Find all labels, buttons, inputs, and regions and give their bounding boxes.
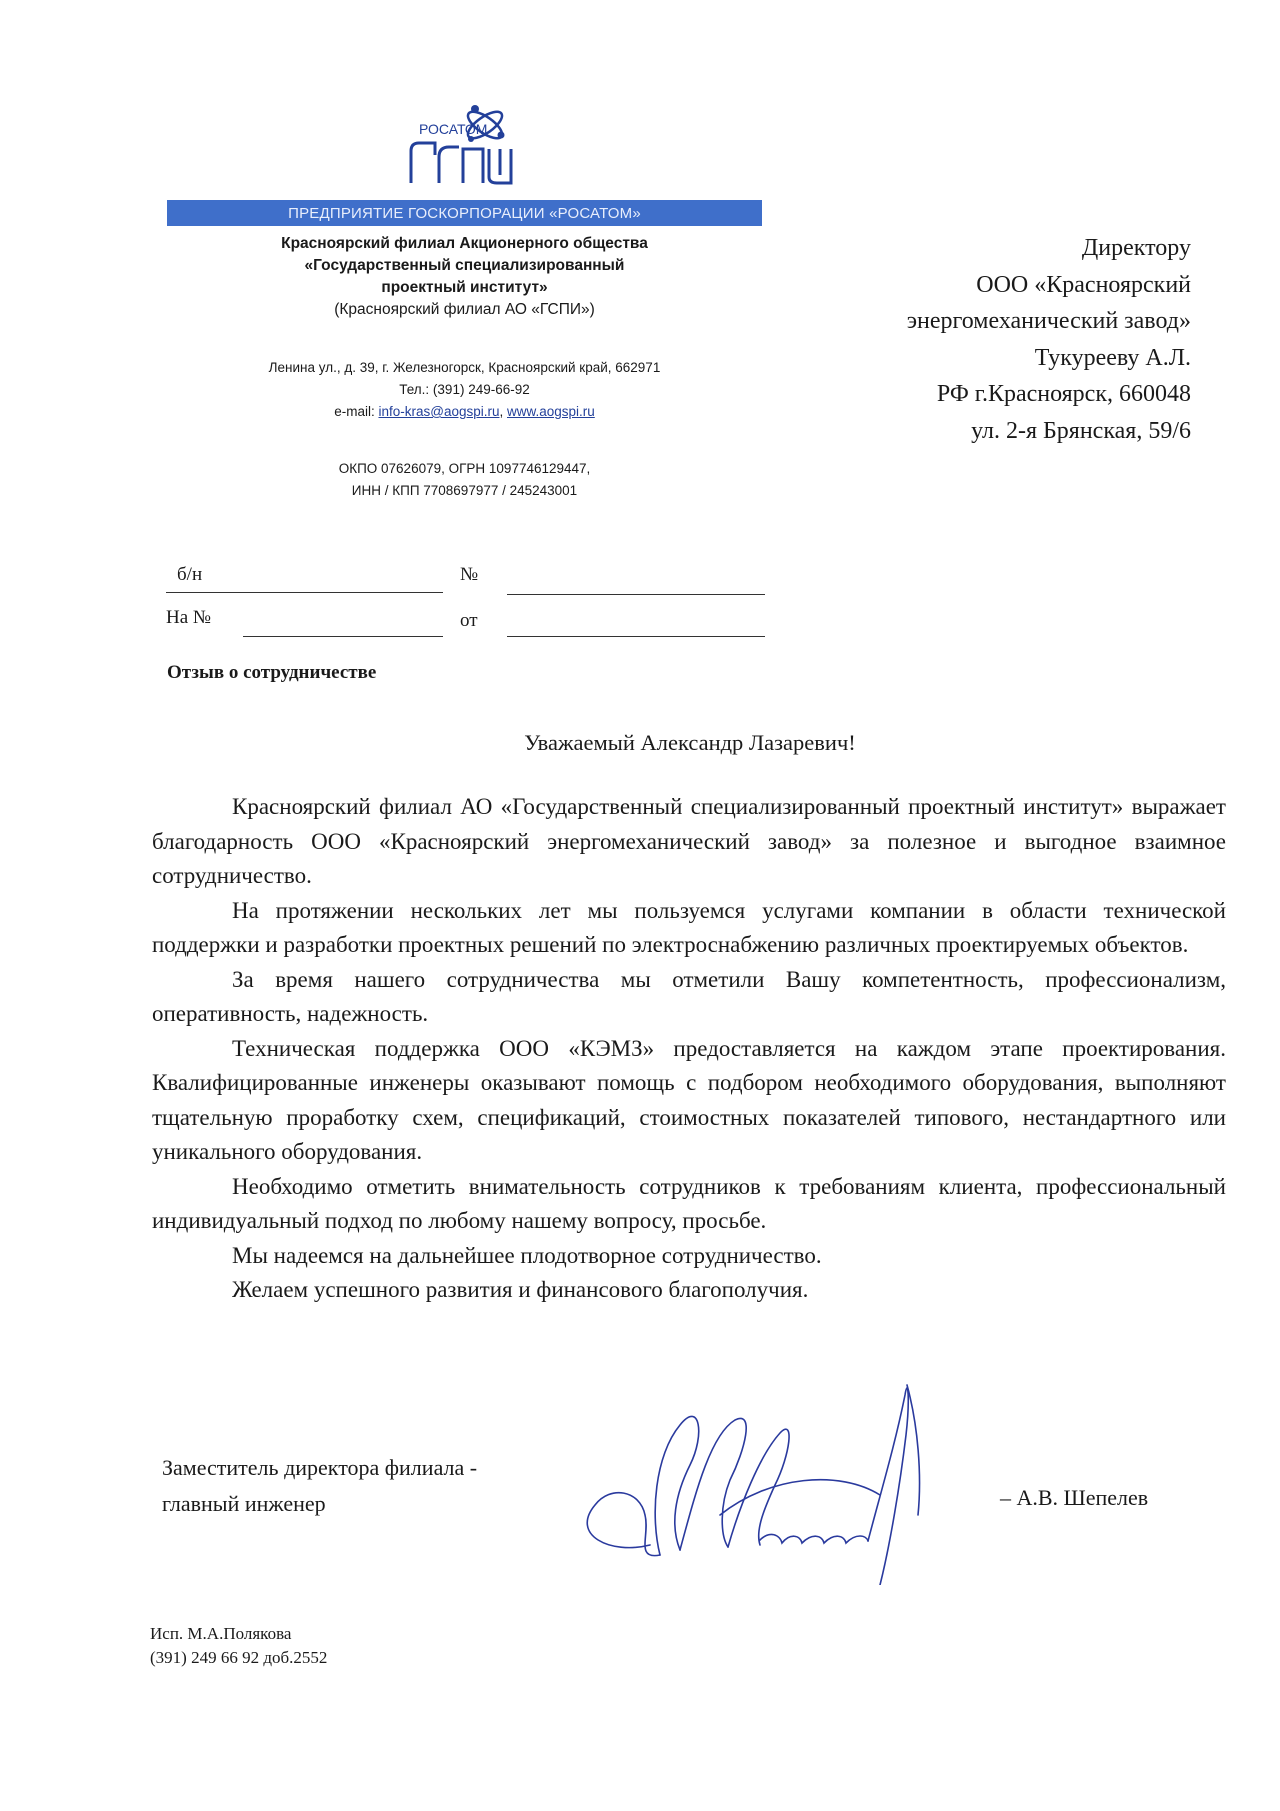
executor-info: Исп. М.А.Полякова (391) 249 66 92 доб.25… [150,1622,327,1670]
outgoing-number-value: б/н [177,564,202,586]
org-short-name: (Красноярский филиал АО «ГСПИ») [167,299,762,321]
recipient-line: ООО «Красноярский [731,267,1191,304]
greeting: Уважаемый Александр Лазаревич! [150,730,1230,756]
in-reply-line [243,636,443,637]
signatory-title-line2: главный инженер [162,1486,477,1522]
date-line [507,636,765,637]
org-name-line2: «Государственный специализированный [167,255,762,277]
registration-line2: ИНН / КПП 7708697977 / 245243001 [167,480,762,502]
body-paragraph: Необходимо отметить внимательность сотру… [152,1170,1226,1239]
org-name-line3: проектный институт» [167,277,762,299]
in-reply-label: На № [166,607,211,629]
svg-text:РОСАТОМ: РОСАТОМ [419,121,487,137]
signatory-name-row: – А.В. Шепелев [1000,1485,1148,1511]
letter-body: Красноярский филиал АО «Государственный … [152,790,1226,1308]
recipient-line: ул. 2-я Брянская, 59/6 [731,413,1191,450]
rosatom-gspi-logo-icon: РОСАТОМ [405,103,523,187]
number-line [507,594,765,595]
signatory-title: Заместитель директора филиала - главный … [162,1450,477,1522]
separator: , [499,404,507,419]
signature-dash: – [1000,1485,1011,1510]
signatory-name: А.В. Шепелев [1017,1485,1149,1510]
executor-name: Исп. М.А.Полякова [150,1622,327,1646]
sender-organization: Красноярский филиал Акционерного обществ… [167,233,762,321]
website-link[interactable]: www.aogspi.ru [507,404,595,419]
recipient-line: Тукурееву А.Л. [731,340,1191,377]
executor-phone: (391) 249 66 92 доб.2552 [150,1646,327,1670]
signatory-title-line1: Заместитель директора филиала - [162,1450,477,1486]
recipient-line: Директору [731,230,1191,267]
email-link[interactable]: info-kras@aogspi.ru [378,404,499,419]
recipient-line: энергомеханический завод» [731,303,1191,340]
body-paragraph: Техническая поддержка ООО «КЭМЗ» предост… [152,1032,1226,1170]
recipient-line: РФ г.Красноярск, 660048 [731,376,1191,413]
sender-address: Ленина ул., д. 39, г. Железногорск, Крас… [167,357,762,379]
sender-phone: Тел.: (391) 249-66-92 [167,379,762,401]
registration-info: ОКПО 07626079, ОГРН 1097746129447, ИНН /… [167,458,762,502]
letter-subject: Отзыв о сотрудничестве [167,662,376,684]
recipient-block: Директору ООО «Красноярский энергомехани… [731,230,1191,449]
handwritten-signature-icon [550,1355,1000,1585]
email-label: e-mail: [334,404,378,419]
body-paragraph: Красноярский филиал АО «Государственный … [152,790,1226,894]
body-paragraph: Мы надеемся на дальнейшее плодотворное с… [152,1239,1226,1274]
body-paragraph: Желаем успешного развития и финансового … [152,1273,1226,1308]
sender-email-row: e-mail: info-kras@aogspi.ru, www.aogspi.… [167,401,762,423]
sender-contacts: Ленина ул., д. 39, г. Железногорск, Крас… [167,357,762,423]
org-name-line1: Красноярский филиал Акционерного обществ… [167,233,762,255]
date-label: от [460,610,478,632]
body-paragraph: На протяжении нескольких лет мы пользуем… [152,894,1226,963]
body-paragraph: За время нашего сотрудничества мы отмети… [152,963,1226,1032]
number-label: № [460,564,478,586]
registration-line1: ОКПО 07626079, ОГРН 1097746129447, [167,458,762,480]
corporation-banner: ПРЕДПРИЯТИЕ ГОСКОРПОРАЦИИ «РОСАТОМ» [167,200,762,226]
outgoing-number-line [166,592,443,593]
